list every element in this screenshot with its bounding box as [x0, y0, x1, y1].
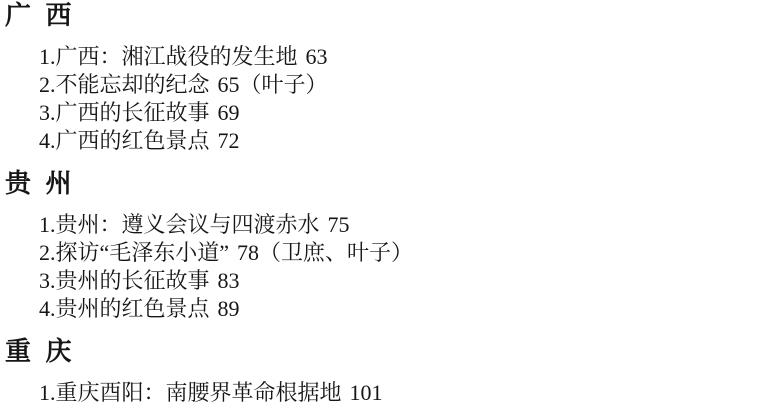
section-title: 广 西 [5, 2, 759, 30]
page-number: 75 [328, 212, 350, 237]
toc-item: 4.贵州的红色景点89 [39, 295, 759, 323]
page-number: 83 [218, 268, 240, 293]
section-items: 1.重庆酉阳：南腰界革命根据地101 [39, 379, 759, 407]
toc-item: 1.重庆酉阳：南腰界革命根据地101 [39, 379, 759, 407]
page-number: 72 [218, 128, 240, 153]
item-text: 1.广西：湘江战役的发生地 [39, 44, 298, 69]
table-of-contents: 广 西 1.广西：湘江战役的发生地63 2.不能忘却的纪念65（叶子） 3.广西… [0, 0, 759, 407]
item-note: （叶子） [240, 72, 328, 97]
toc-item: 1.贵州：遵义会议与四渡赤水75 [39, 211, 759, 239]
item-text: 1.贵州：遵义会议与四渡赤水 [39, 212, 320, 237]
item-note: （卫庶、叶子） [259, 240, 413, 265]
section-items: 1.贵州：遵义会议与四渡赤水75 2.探访“毛泽东小道”78（卫庶、叶子） 3.… [39, 211, 759, 323]
page-number: 65 [218, 72, 240, 97]
item-text: 2.不能忘却的纪念 [39, 72, 210, 97]
toc-item: 2.探访“毛泽东小道”78（卫庶、叶子） [39, 239, 759, 267]
page-number: 101 [350, 380, 383, 405]
item-text: 1.重庆酉阳：南腰界革命根据地 [39, 380, 342, 405]
page-number: 63 [306, 44, 328, 69]
item-text: 4.广西的红色景点 [39, 128, 210, 153]
item-text: 4.贵州的红色景点 [39, 296, 210, 321]
toc-section-guangxi: 广 西 1.广西：湘江战役的发生地63 2.不能忘却的纪念65（叶子） 3.广西… [5, 2, 759, 155]
toc-item: 1.广西：湘江战役的发生地63 [39, 43, 759, 71]
toc-item: 2.不能忘却的纪念65（叶子） [39, 71, 759, 99]
item-text: 3.贵州的长征故事 [39, 268, 210, 293]
toc-section-guizhou: 贵 州 1.贵州：遵义会议与四渡赤水75 2.探访“毛泽东小道”78（卫庶、叶子… [5, 170, 759, 323]
section-items: 1.广西：湘江战役的发生地63 2.不能忘却的纪念65（叶子） 3.广西的长征故… [39, 43, 759, 155]
item-text: 2.探访“毛泽东小道” [39, 240, 229, 265]
page-number: 89 [218, 296, 240, 321]
toc-item: 3.广西的长征故事69 [39, 99, 759, 127]
toc-section-chongqing: 重 庆 1.重庆酉阳：南腰界革命根据地101 [5, 338, 759, 407]
toc-item: 4.广西的红色景点72 [39, 127, 759, 155]
page-number: 78 [237, 240, 259, 265]
section-title: 重 庆 [5, 338, 759, 366]
section-title: 贵 州 [5, 170, 759, 198]
page-number: 69 [218, 100, 240, 125]
item-text: 3.广西的长征故事 [39, 100, 210, 125]
toc-item: 3.贵州的长征故事83 [39, 267, 759, 295]
